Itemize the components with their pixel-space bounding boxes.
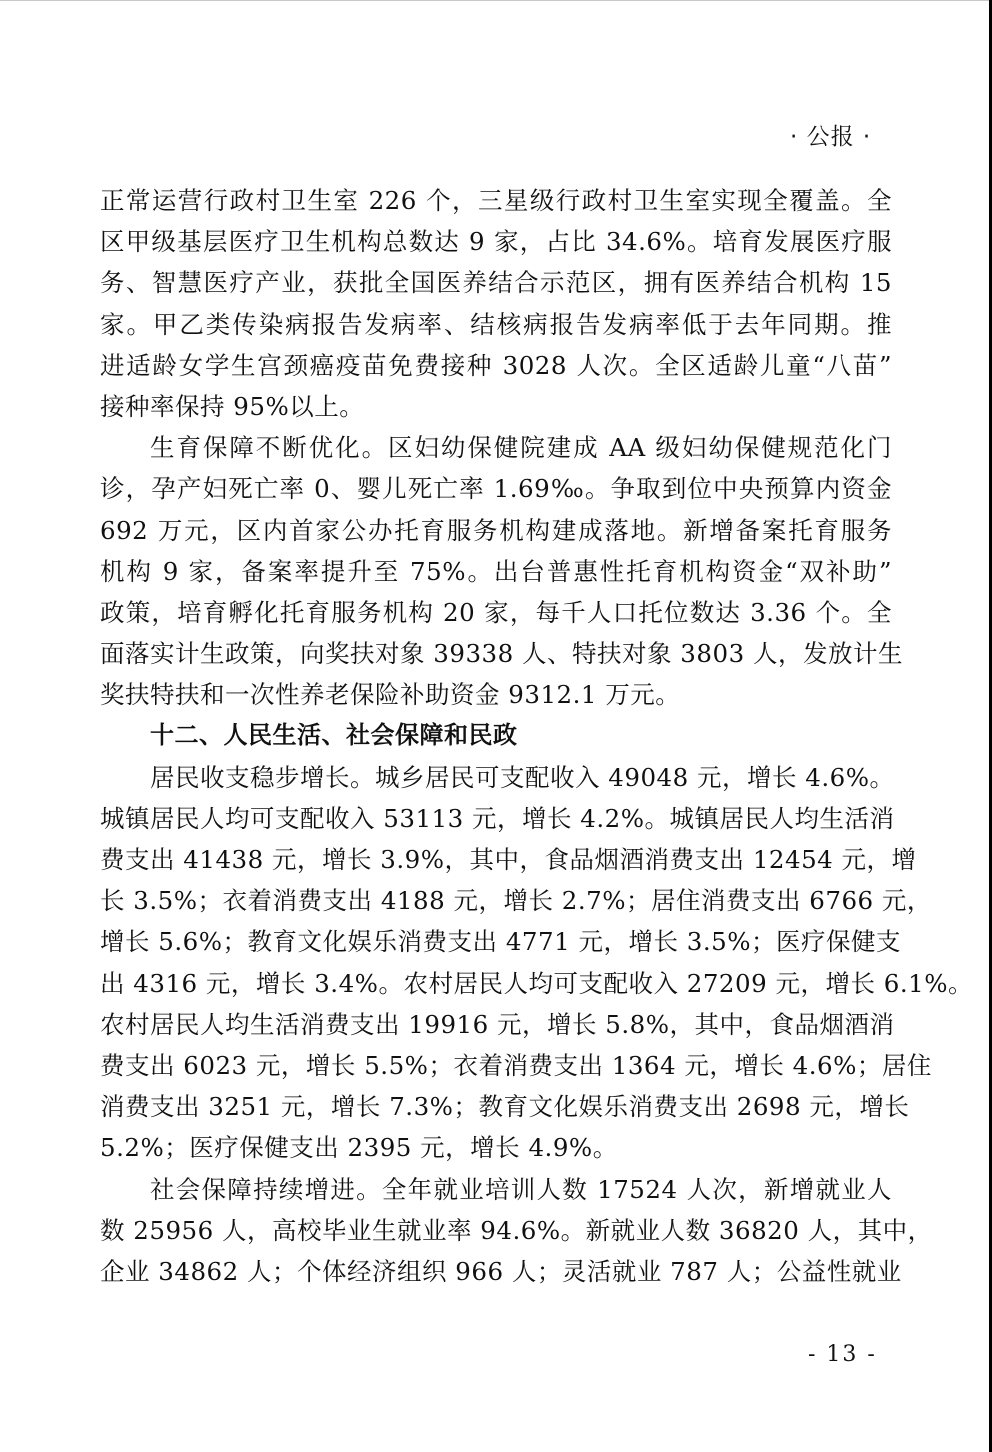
section-header-mark: · 公报 · xyxy=(790,118,871,151)
text-line: 进适龄女学生宫颈癌疫苗免费接种 3028 人次。全区适龄儿童“八苗” xyxy=(100,345,892,386)
text-line: 奖扶特扶和一次性养老保险补助资金 9312.1 万元。 xyxy=(100,674,892,715)
text-line: 家。甲乙类传染病报告发病率、结核病报告发病率低于去年同期。推 xyxy=(100,304,892,345)
text-line: 农村居民人均生活消费支出 19916 元，增长 5.8%，其中，食品烟酒消 xyxy=(100,1004,892,1045)
text-line: 消费支出 3251 元，增长 7.3%；教育文化娱乐消费支出 2698 元，增长 xyxy=(100,1086,892,1127)
text-line: 城镇居民人均可支配收入 53113 元，增长 4.2%。城镇居民人均生活消 xyxy=(100,798,892,839)
text-line: 5.2%；医疗保健支出 2395 元，增长 4.9%。 xyxy=(100,1127,892,1168)
text-line: 增长 5.6%；教育文化娱乐消费支出 4771 元，增长 3.5%；医疗保健支 xyxy=(100,921,892,962)
document-body: 正常运营行政村卫生室 226 个，三星级行政村卫生室实现全覆盖。全区甲级基层医疗… xyxy=(100,180,892,1292)
text-line: 面落实计生政策，向奖扶对象 39338 人、特扶对象 3803 人，发放计生 xyxy=(100,633,892,674)
text-line: 692 万元，区内首家公办托育服务机构建成落地。新增备案托育服务 xyxy=(100,510,892,551)
text-line: 区甲级基层医疗卫生机构总数达 9 家，占比 34.6%。培育发展医疗服 xyxy=(100,221,892,262)
text-line: 接种率保持 95%以上。 xyxy=(100,386,892,427)
text-line: 企业 34862 人；个体经济组织 966 人；灵活就业 787 人；公益性就业 xyxy=(100,1251,892,1292)
text-line: 正常运营行政村卫生室 226 个，三星级行政村卫生室实现全覆盖。全 xyxy=(100,180,892,221)
section-heading: 十二、人民生活、社会保障和民政 xyxy=(100,715,892,756)
text-line: 务、智慧医疗产业，获批全国医养结合示范区，拥有医养结合机构 15 xyxy=(100,262,892,303)
text-line: 数 25956 人，高校毕业生就业率 94.6%。新就业人数 36820 人，其… xyxy=(100,1210,892,1251)
text-line: 费支出 41438 元，增长 3.9%，其中，食品烟酒消费支出 12454 元，… xyxy=(100,839,892,880)
text-line: 长 3.5%；衣着消费支出 4188 元，增长 2.7%；居住消费支出 6766… xyxy=(100,880,892,921)
text-line: 政策，培育孵化托育服务机构 20 家，每千人口托位数达 3.36 个。全 xyxy=(100,592,892,633)
text-line: 社会保障持续增进。全年就业培训人数 17524 人次，新增就业人 xyxy=(100,1169,892,1210)
text-line: 机构 9 家，备案率提升至 75%。出台普惠性托育机构资金“双补助” xyxy=(100,551,892,592)
text-line: 居民收支稳步增长。城乡居民可支配收入 49048 元，增长 4.6%。 xyxy=(100,757,892,798)
text-line: 诊，孕产妇死亡率 0、婴儿死亡率 1.69‰。争取到位中央预算内资金 xyxy=(100,468,892,509)
top-border xyxy=(0,0,992,1)
text-line: 出 4316 元，增长 3.4%。农村居民人均可支配收入 27209 元，增长 … xyxy=(100,963,892,1004)
text-line: 生育保障不断优化。区妇幼保健院建成 AA 级妇幼保健规范化门 xyxy=(100,427,892,468)
page-number: - 13 - xyxy=(808,1342,877,1367)
text-line: 费支出 6023 元，增长 5.5%；衣着消费支出 1364 元，增长 4.6%… xyxy=(100,1045,892,1086)
